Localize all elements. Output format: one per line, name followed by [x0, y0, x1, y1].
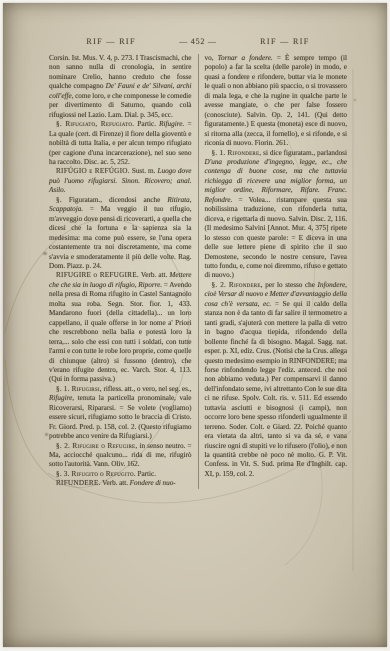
dictionary-paragraph: RIFÚGIO e REFÚGIO. Sust. m. Luogo dove p…: [49, 167, 192, 195]
dictionary-paragraph: §. 1. Rifondere, si dice figuratam., par…: [205, 149, 348, 281]
paragraph-text: in senso neutro.: [137, 442, 185, 450]
ink-speck: [45, 433, 48, 436]
dictionary-paragraph: §. Rifugiato, Refugiato. Partic. Rifugir…: [49, 120, 192, 167]
text-block: Corsin. Ist. Mus. V. 4, p. 273. I Trasci…: [3, 52, 387, 489]
page-number: — 452 —: [173, 37, 223, 46]
paragraph-text: si dice figuratam., parlandosi: [261, 149, 347, 157]
entry-headword: §. Rifugiato, Refugiato.: [56, 120, 134, 128]
right-column: vo, Tornar a fondere. = È sempre tempo (…: [198, 54, 348, 489]
paragraph-definition-italic: Fondere di nuo-: [130, 479, 176, 487]
paragraph-text: = Se qui il caldo della stanza non è da …: [205, 300, 348, 478]
ink-speck: [354, 99, 356, 101]
entry-headword: RIFUGIRE o REFUGIRE.: [56, 271, 139, 279]
book-page: RIF — RIF — 452 — RIF — RIF Corsin. Ist.…: [3, 3, 387, 647]
entry-headword: §. 2. Rifondere,: [212, 281, 263, 289]
dictionary-paragraph: RIFUNDERE. Verb. att. Fondere di nuo-: [49, 479, 192, 488]
dictionary-paragraph: §. Figuratam., dicendosi anche Ritirata,…: [49, 196, 192, 272]
dictionary-paragraph: §. 3. Rifugito o Refugito. Partic.: [49, 470, 192, 479]
paragraph-text: = È sempre tempo (il popolo) a far la sc…: [205, 54, 348, 147]
header-left-catchword: RIF — RIF: [49, 37, 173, 46]
paragraph-text: Verb. att.: [101, 479, 130, 487]
paragraph-definition-italic: Rifugire.: [159, 120, 184, 128]
paragraph-text: rifless. att., o vero, nel seg. es.,: [102, 385, 192, 393]
header-right-catchword: RIF — RIF: [223, 37, 347, 46]
paragraph-text: = Avendo nella presa di Roma rifugito in…: [49, 281, 192, 384]
paragraph-text: Verb. att.: [139, 271, 170, 279]
paragraph-definition-italic: Rifugire,: [49, 394, 74, 402]
entry-headword: §. 1. Rifugirsi,: [56, 385, 102, 393]
paragraph-text: Sust. m.: [130, 167, 158, 175]
running-header: RIF — RIF — 452 — RIF — RIF: [3, 3, 387, 52]
paragraph-definition-italic: Tornar a fondere.: [218, 54, 273, 62]
dictionary-paragraph: §. 2. Rifondere, per lo stesso che Infon…: [205, 281, 348, 480]
paragraph-text: vo,: [205, 54, 218, 62]
ink-speck: [43, 252, 47, 255]
scanned-page-frame: RIF — RIF — 452 — RIF — RIF Corsin. Ist.…: [0, 0, 390, 651]
paragraph-text: per lo stesso che: [263, 281, 318, 289]
left-column: Corsin. Ist. Mus. V. 4, p. 273. I Trasci…: [49, 54, 198, 489]
dictionary-paragraph: vo, Tornar a fondere. = È sempre tempo (…: [205, 54, 348, 149]
dictionary-paragraph: §. 2. Rifugire o Refugire, in senso neut…: [49, 442, 192, 470]
entry-headword: §. 3. Rifugito o Refugito.: [56, 470, 136, 478]
dictionary-paragraph: Corsin. Ist. Mus. V. 4, p. 273. I Trasci…: [49, 54, 192, 120]
paragraph-text: Figuratam., dicendosi anche: [62, 196, 167, 204]
paragraph-text: = Ma veggio il tuo rifugio, m'avveggio d…: [49, 205, 192, 270]
entry-headword: RIFUNDERE.: [56, 479, 101, 487]
paragraph-text: Partic.: [136, 470, 156, 478]
paragraph-text: Partic.: [134, 120, 159, 128]
dictionary-paragraph: RIFUGIRE o REFUGIRE. Verb. att. Mettere …: [49, 271, 192, 384]
entry-headword: RIFÚGIO e REFÚGIO.: [56, 167, 130, 175]
paragraph-text: = Volea... ristampare questa sua nobilis…: [205, 196, 348, 280]
dictionary-paragraph: §. 1. Rifugirsi, rifless. att., o vero, …: [49, 385, 192, 442]
entry-headword: §. 2. Rifugire o Refugire,: [56, 442, 137, 450]
entry-headword: §. 1. Rifondere,: [212, 149, 262, 157]
